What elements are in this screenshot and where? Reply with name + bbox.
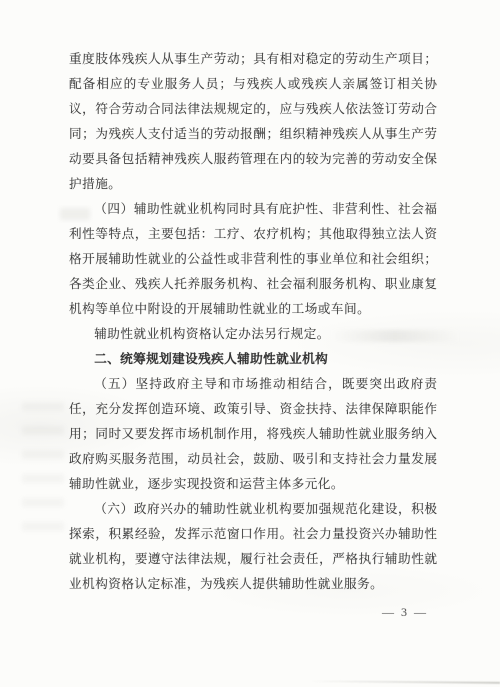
body-line: 重度肢体残疾人从事生产劳动；具有相对稳定的劳动生产项目； xyxy=(69,47,437,72)
scan-smudge xyxy=(22,402,64,542)
body-line: 就业机构，要遵守法律法规，履行社会责任，严格执行辅助性就 xyxy=(69,547,437,572)
body-line: 政府购买服务范围，动员社会，鼓励、吸引和支持社会力量发展 xyxy=(69,447,437,472)
body-line: 机构等单位中附设的开展辅助性就业的工场或车间。 xyxy=(69,297,437,322)
body-line: 业机构资格认定标准，为残疾人提供辅助性就业服务。 xyxy=(69,572,437,597)
body-line: 各类企业、残疾人托养服务机构、社会福利服务机构、职业康复 xyxy=(69,272,437,297)
body-line: 辅助性就业机构资格认定办法另行规定。 xyxy=(69,322,437,347)
body-line: 动要具备包括精神残疾人服药管理在内的较为完善的劳动安全保 xyxy=(69,147,437,172)
paragraph: （四）辅助性就业机构同时具有庇护性、非营利性、社会福 利性等特点，主要包括：工疗… xyxy=(69,197,437,322)
body-line: 用；同时又要发挥市场机制作用，将残疾人辅助性就业服务纳入 xyxy=(69,422,437,447)
body-line: 利性等特点，主要包括：工疗、农疗机构；其他取得独立法人资 xyxy=(69,222,437,247)
body-line: 辅助性就业，逐步实现投资和运营主体多元化。 xyxy=(69,472,437,497)
paragraph: （五）坚持政府主导和市场推动相结合，既要突出政府责 任，充分发挥创造环境、政策引… xyxy=(69,372,437,497)
document-body: 重度肢体残疾人从事生产劳动；具有相对稳定的劳动生产项目； 配备相应的专业服务人员… xyxy=(69,47,437,597)
paragraph: 辅助性就业机构资格认定办法另行规定。 xyxy=(69,322,437,347)
body-line: 格开展辅助性就业的公益性或非营利性的事业单位和社会组织； xyxy=(69,247,437,272)
paragraph: 重度肢体残疾人从事生产劳动；具有相对稳定的劳动生产项目； 配备相应的专业服务人员… xyxy=(69,47,437,197)
paragraph: 二、统筹规划建设残疾人辅助性就业机构 xyxy=(69,347,437,372)
body-line: 议，符合劳动合同法律法规规定的，应与残疾人依法签订劳动合 xyxy=(69,97,437,122)
scan-edge-line xyxy=(308,680,500,684)
paragraph: （六）政府兴办的辅助性就业机构要加强规范化建设，积极 探索，积累经验，发挥示范窗… xyxy=(69,497,437,597)
body-line: 任，充分发挥创造环境、政策引导、资金扶持、法律保障职能作 xyxy=(69,397,437,422)
body-line: （五）坚持政府主导和市场推动相结合，既要突出政府责 xyxy=(69,372,437,397)
section-heading: 二、统筹规划建设残疾人辅助性就业机构 xyxy=(69,347,437,372)
body-line: （四）辅助性就业机构同时具有庇护性、非营利性、社会福 xyxy=(69,197,437,222)
body-line: 同；为残疾人支付适当的劳动报酬；组织精神残疾人从事生产劳 xyxy=(69,122,437,147)
body-line: 护措施。 xyxy=(69,172,437,197)
page-number: — 3 — xyxy=(360,602,450,622)
body-line: 配备相应的专业服务人员；与残疾人或残疾人亲属签订相关协 xyxy=(69,72,437,97)
body-line: 探索，积累经验，发挥示范窗口作用。社会力量投资兴办辅助性 xyxy=(69,522,437,547)
body-line: （六）政府兴办的辅助性就业机构要加强规范化建设，积极 xyxy=(69,497,437,522)
document-page: 重度肢体残疾人从事生产劳动；具有相对稳定的劳动生产项目； 配备相应的专业服务人员… xyxy=(0,0,500,687)
